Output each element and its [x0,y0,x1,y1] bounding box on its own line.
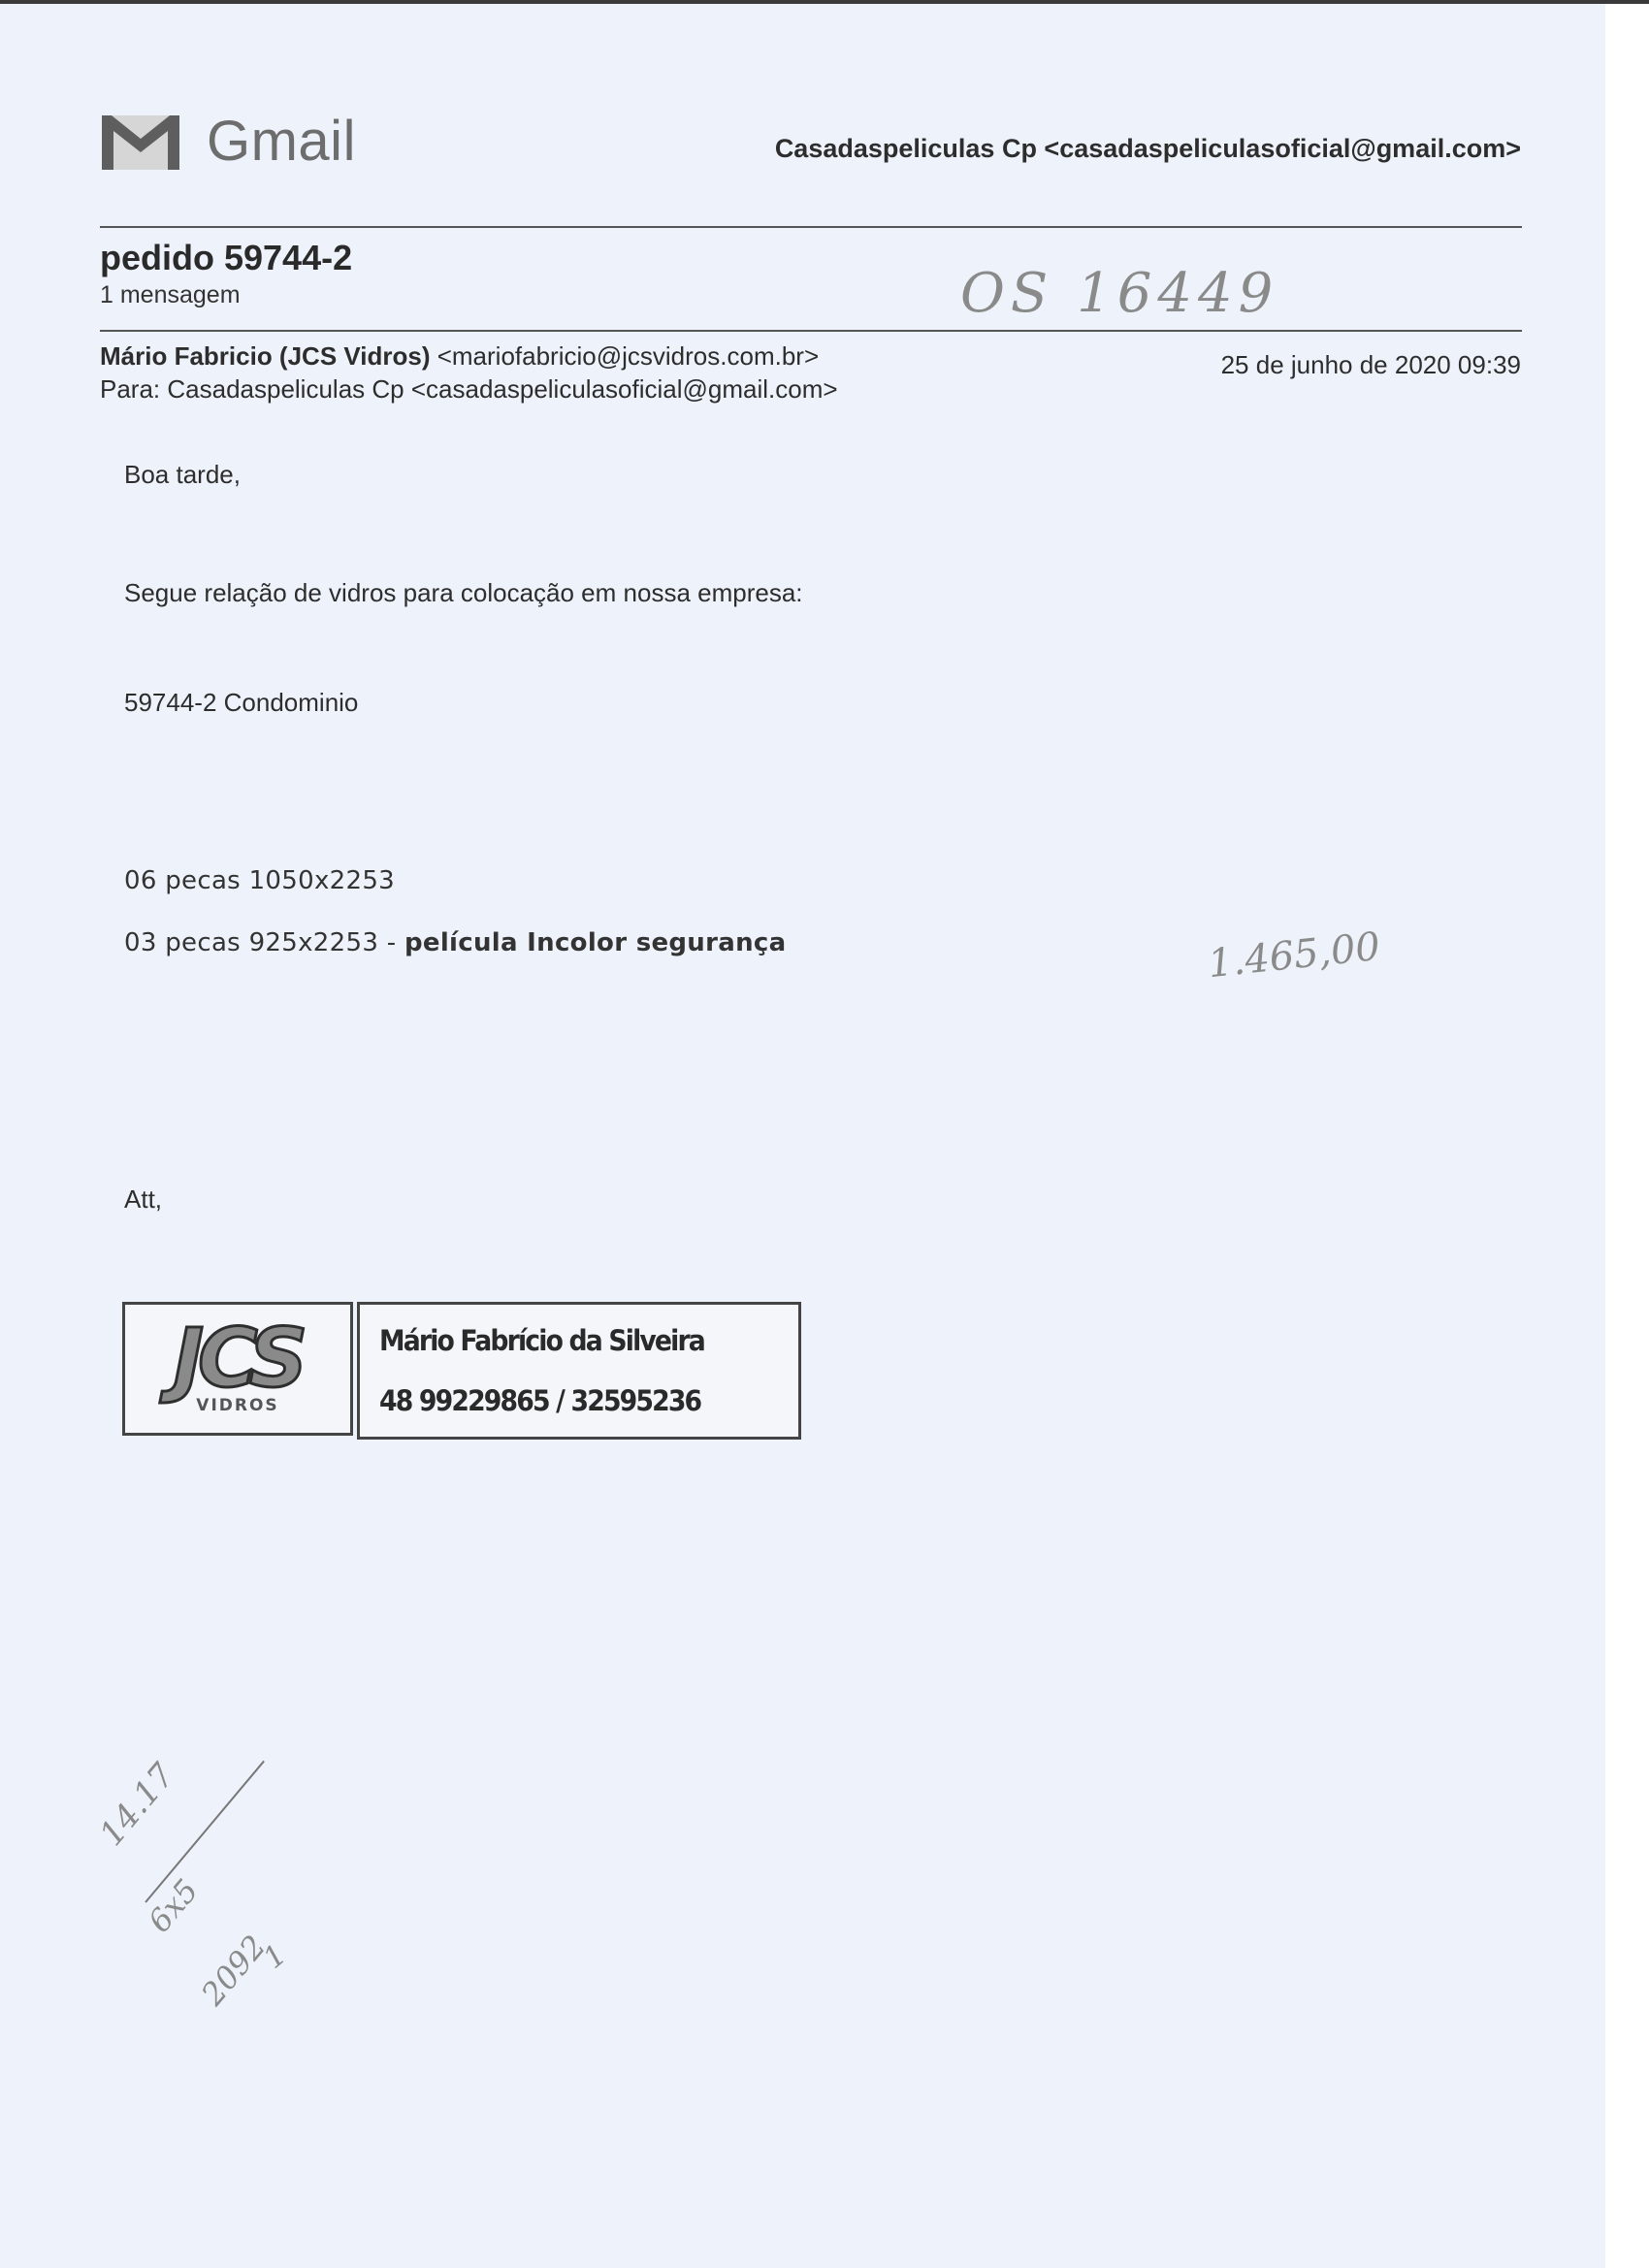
sender-name: Mário Fabricio (JCS Vidros) [100,341,430,371]
divider [100,226,1522,228]
app-name: Gmail [207,109,356,174]
signature-phone: 48 99229865 / 32595236 [379,1384,747,1417]
thread-subject: pedido 59744-2 [100,238,352,278]
divider [100,330,1522,332]
gmail-envelope-icon [100,112,181,172]
sender: Mário Fabricio (JCS Vidros) <mariofabric… [100,341,819,372]
logo-text: JCS [174,1322,302,1394]
item-line: 06 pecas 1050x2253 [124,866,395,895]
signature-info: Mário Fabrício da Silveira 48 99229865 /… [357,1302,801,1440]
company-logo: JCS VIDROS [122,1302,353,1436]
greeting: Boa tarde, [124,460,241,490]
recipient: Para: Casadaspeliculas Cp <casadaspelicu… [100,374,838,405]
logo-subtext: VIDROS [196,1396,278,1415]
order-reference: 59744-2 Condominio [124,688,358,718]
gmail-logo: Gmail [100,109,356,174]
signature-name: Mário Fabrício da Silveira [379,1324,747,1357]
film-type: película Incolor segurança [404,928,786,957]
intro-text: Segue relação de vidros para colocação e… [124,578,803,608]
account-label: Casadaspeliculas Cp <casadaspeliculasofi… [775,134,1521,164]
closing: Att, [124,1184,162,1215]
message-date: 25 de junho de 2020 09:39 [1221,350,1521,380]
item-line: 03 pecas 925x2253 - película Incolor seg… [124,928,786,957]
scan-edge [0,0,1649,4]
email-signature: JCS VIDROS Mário Fabrício da Silveira 48… [122,1302,801,1440]
handwritten-os-number: OS 16449 [960,262,1278,325]
sender-email[interactable]: <mariofabricio@jcsvidros.com.br> [437,341,819,371]
message-count: 1 mensagem [100,281,241,309]
